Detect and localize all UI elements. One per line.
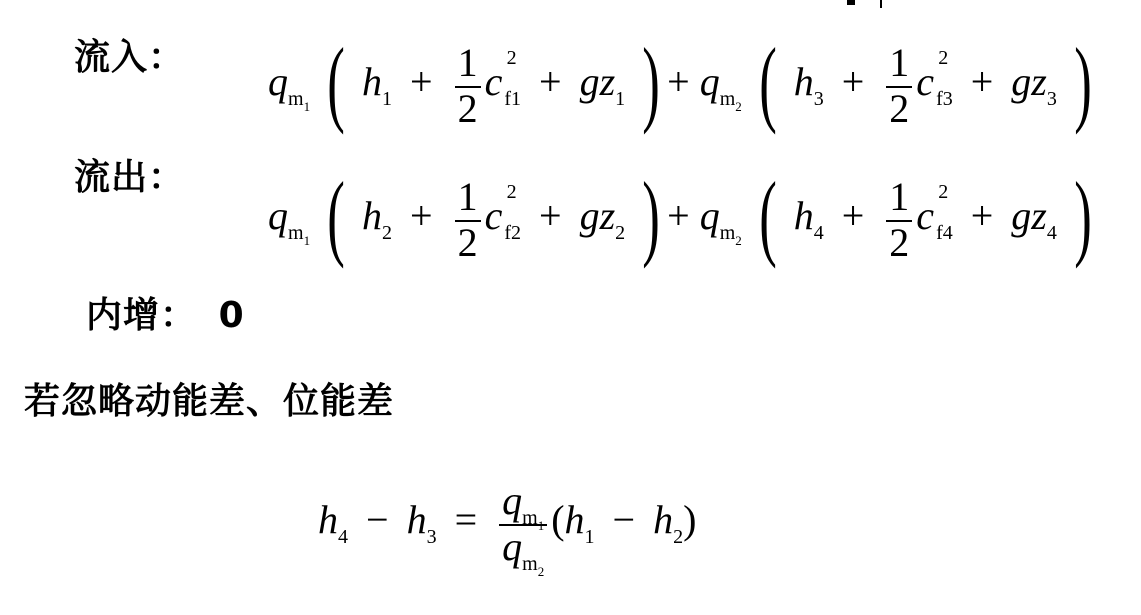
outflow-equation: qm1 ( h2 + 12c2f2 + gz2 )+ qm2 ( h4 + 12… [268, 172, 1099, 268]
cropped-glyph-fragment [847, 0, 855, 5]
result-equation: h4 − h3 = qm1 qm2 (h1 − h2) [318, 480, 696, 568]
assumption-heading: 若忽略动能差、位能差 [24, 384, 394, 420]
inflow-equation: qm1 ( h1 + 12c2f1 + gz1 )+ qm2 ( h3 + 12… [268, 38, 1099, 134]
inflow-label: 流入： [74, 40, 185, 76]
internal-increase-value: 0 [219, 295, 245, 336]
outflow-label: 流出： [74, 160, 185, 196]
cropped-glyph-fragment [880, 0, 882, 8]
internal-increase-label: 内增： [86, 295, 197, 336]
internal-increase-row: 内增： 0 [86, 298, 245, 334]
